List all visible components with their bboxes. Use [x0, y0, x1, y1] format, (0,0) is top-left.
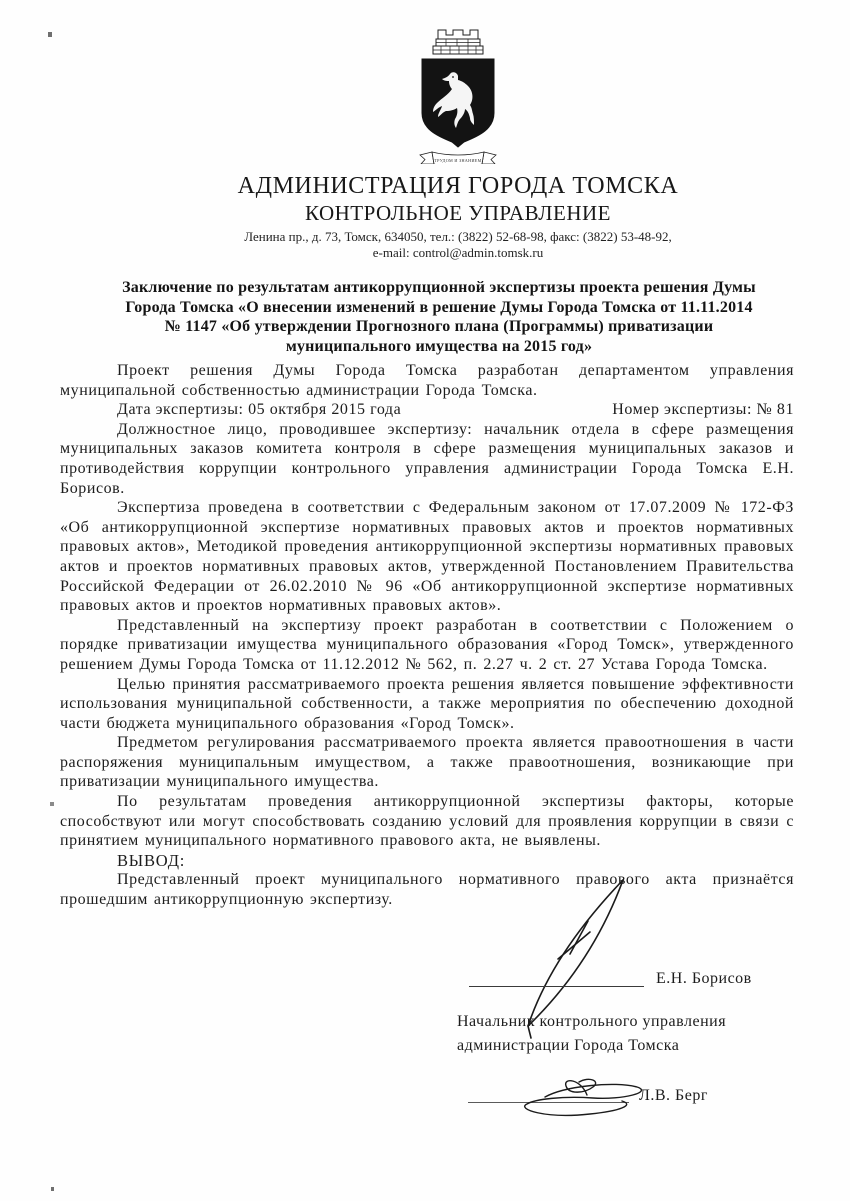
title-line: № 1147 «Об утверждении Прогнозного плана…	[84, 317, 794, 337]
expertise-meta-row: Дата экспертизы: 05 октября 2015 года Но…	[60, 400, 794, 420]
paragraph-purpose: Целью принятия рассматриваемого проекта …	[60, 675, 794, 734]
email-line: e-mail: control@admin.tomsk.ru	[66, 245, 850, 261]
document-title: Заключение по результатам антикоррупцион…	[60, 278, 794, 356]
address-line: Ленина пр., д. 73, Томск, 634050, тел.: …	[66, 229, 850, 245]
handwritten-signature-berg	[503, 1073, 655, 1129]
title-line: муниципального имущества на 2015 год»	[84, 337, 794, 357]
scan-artifact	[48, 32, 52, 37]
conclusion-heading: ВЫВОД:	[60, 851, 794, 871]
conclusion-text: Представленный проект муниципального нор…	[60, 870, 794, 909]
title-line: Заключение по результатам антикоррупцион…	[84, 278, 794, 298]
motto-text: ТРУДОМ И ЗНАНИЕМ	[434, 158, 481, 163]
signer-position: Начальник контрольного управления админи…	[457, 1010, 726, 1058]
signer-position-line: администрации Города Томска	[457, 1034, 726, 1058]
paragraph-legal-basis: Экспертиза проведена в соответствии с Фе…	[60, 498, 794, 616]
expertise-date: Дата экспертизы: 05 октября 2015 года	[60, 400, 401, 420]
scan-artifact	[51, 1187, 54, 1191]
tomsk-coat-of-arms-icon: ТРУДОМ И ЗНАНИЕМ	[408, 26, 508, 169]
mural-crown	[433, 30, 483, 54]
department-name: КОНТРОЛЬНОЕ УПРАВЛЕНИЕ	[66, 200, 850, 226]
document-body: Заключение по результатам антикоррупцион…	[60, 278, 794, 910]
paragraph-project-compliance: Представленный на экспертизу проект разр…	[60, 616, 794, 675]
scanned-document-page: ТРУДОМ И ЗНАНИЕМ АДМИНИСТРАЦИЯ ГОРОДА ТО…	[0, 0, 850, 1201]
signer-name-berg: Л.В. Берг	[639, 1087, 708, 1105]
expertise-number: Номер экспертизы: № 81	[612, 400, 794, 420]
signature-line	[469, 986, 644, 987]
paragraph-project-developer: Проект решения Думы Города Томска разраб…	[60, 361, 794, 400]
paragraph-findings: По результатам проведения антикоррупцион…	[60, 792, 794, 851]
signer-name-borisov: Е.Н. Борисов	[656, 970, 752, 988]
paragraph-subject: Предметом регулирования рассматриваемого…	[60, 733, 794, 792]
signer-position-line: Начальник контрольного управления	[457, 1010, 726, 1034]
scan-artifact	[50, 802, 54, 806]
paragraph-official: Должностное лицо, проводившее экспертизу…	[60, 420, 794, 498]
organization-name: АДМИНИСТРАЦИЯ ГОРОДА ТОМСКА	[66, 172, 850, 200]
letterhead: ТРУДОМ И ЗНАНИЕМ АДМИНИСТРАЦИЯ ГОРОДА ТО…	[66, 0, 850, 260]
title-line: Города Томска «О внесении изменений в ре…	[84, 298, 794, 318]
